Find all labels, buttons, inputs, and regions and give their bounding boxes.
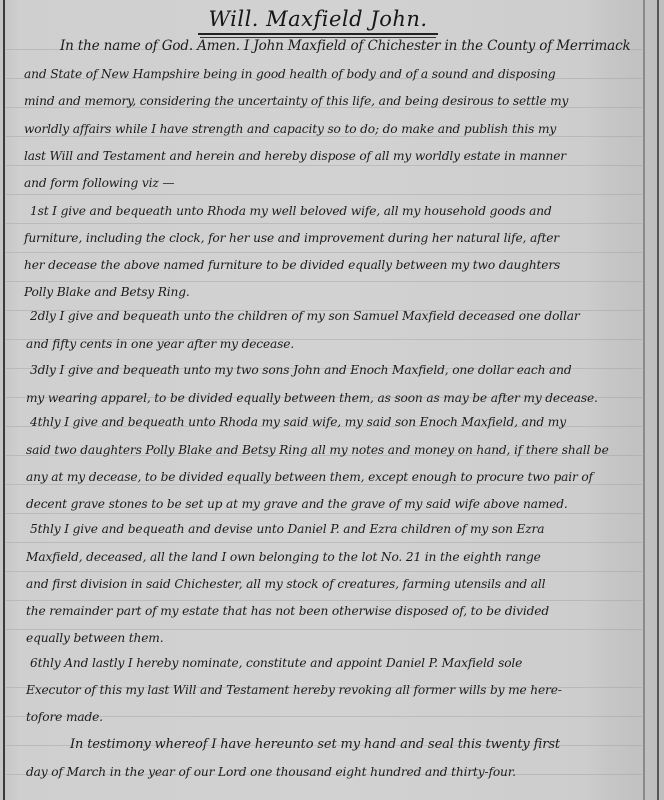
will-line: 3dly I give and bequeath unto my two son… xyxy=(30,362,572,378)
scanned-will-page: Will. Maxfield John. In the name of God.… xyxy=(0,0,664,800)
will-line: Polly Blake and Betsy Ring. xyxy=(24,284,190,300)
will-line: In testimony whereof I have hereunto set… xyxy=(70,737,560,753)
will-line: 1st I give and bequeath unto Rhoda my we… xyxy=(30,203,552,219)
will-line: decent grave stones to be set up at my g… xyxy=(26,496,568,512)
ruled-line xyxy=(6,165,642,166)
will-line: Executor of this my last Will and Testam… xyxy=(26,682,562,698)
ruled-line xyxy=(6,252,642,253)
will-line: worldly affairs while I have strength an… xyxy=(24,121,556,137)
will-line: my wearing apparel, to be divided equall… xyxy=(26,390,598,406)
will-line: said two daughters Polly Blake and Betsy… xyxy=(26,442,609,458)
will-line: 5thly I give and bequeath and devise unt… xyxy=(30,521,544,537)
will-line: any at my decease, to be divided equally… xyxy=(26,469,593,485)
will-line: and fifty cents in one year after my dec… xyxy=(26,336,294,352)
will-line: 6thly And lastly I hereby nominate, cons… xyxy=(30,655,522,671)
will-line: equally between them. xyxy=(26,630,163,646)
will-line: tofore made. xyxy=(26,709,103,725)
will-line: and form following viz — xyxy=(24,175,174,191)
will-line: day of March in the year of our Lord one… xyxy=(26,764,516,780)
right-margin-rule xyxy=(643,0,645,800)
will-line: her decease the above named furniture to… xyxy=(24,257,560,273)
ruled-line xyxy=(6,542,642,543)
will-line: In the name of God. Amen. I John Maxfiel… xyxy=(60,38,631,54)
will-line: furniture, including the clock, for her … xyxy=(24,230,559,246)
right-binding-rule xyxy=(657,0,659,800)
will-line: Maxfield, deceased, all the land I own b… xyxy=(26,549,541,565)
ruled-line xyxy=(6,571,642,572)
will-line: and State of New Hampshire being in good… xyxy=(24,66,556,82)
will-line: last Will and Testament and herein and h… xyxy=(24,148,566,164)
will-line: the remainder part of my estate that has… xyxy=(26,603,549,619)
ruled-line xyxy=(6,223,642,224)
ruled-line xyxy=(6,513,642,514)
document-title: Will. Maxfield John. xyxy=(198,6,438,35)
ruled-line xyxy=(6,600,642,601)
will-line: and first division in said Chichester, a… xyxy=(26,576,545,592)
ruled-line xyxy=(6,194,642,195)
left-margin-rule xyxy=(3,0,5,800)
will-line: 4thly I give and bequeath unto Rhoda my … xyxy=(30,414,566,430)
will-line: mind and memory, considering the uncerta… xyxy=(24,93,568,109)
ruled-line xyxy=(6,281,642,282)
will-line: 2dly I give and bequeath unto the childr… xyxy=(30,308,580,324)
